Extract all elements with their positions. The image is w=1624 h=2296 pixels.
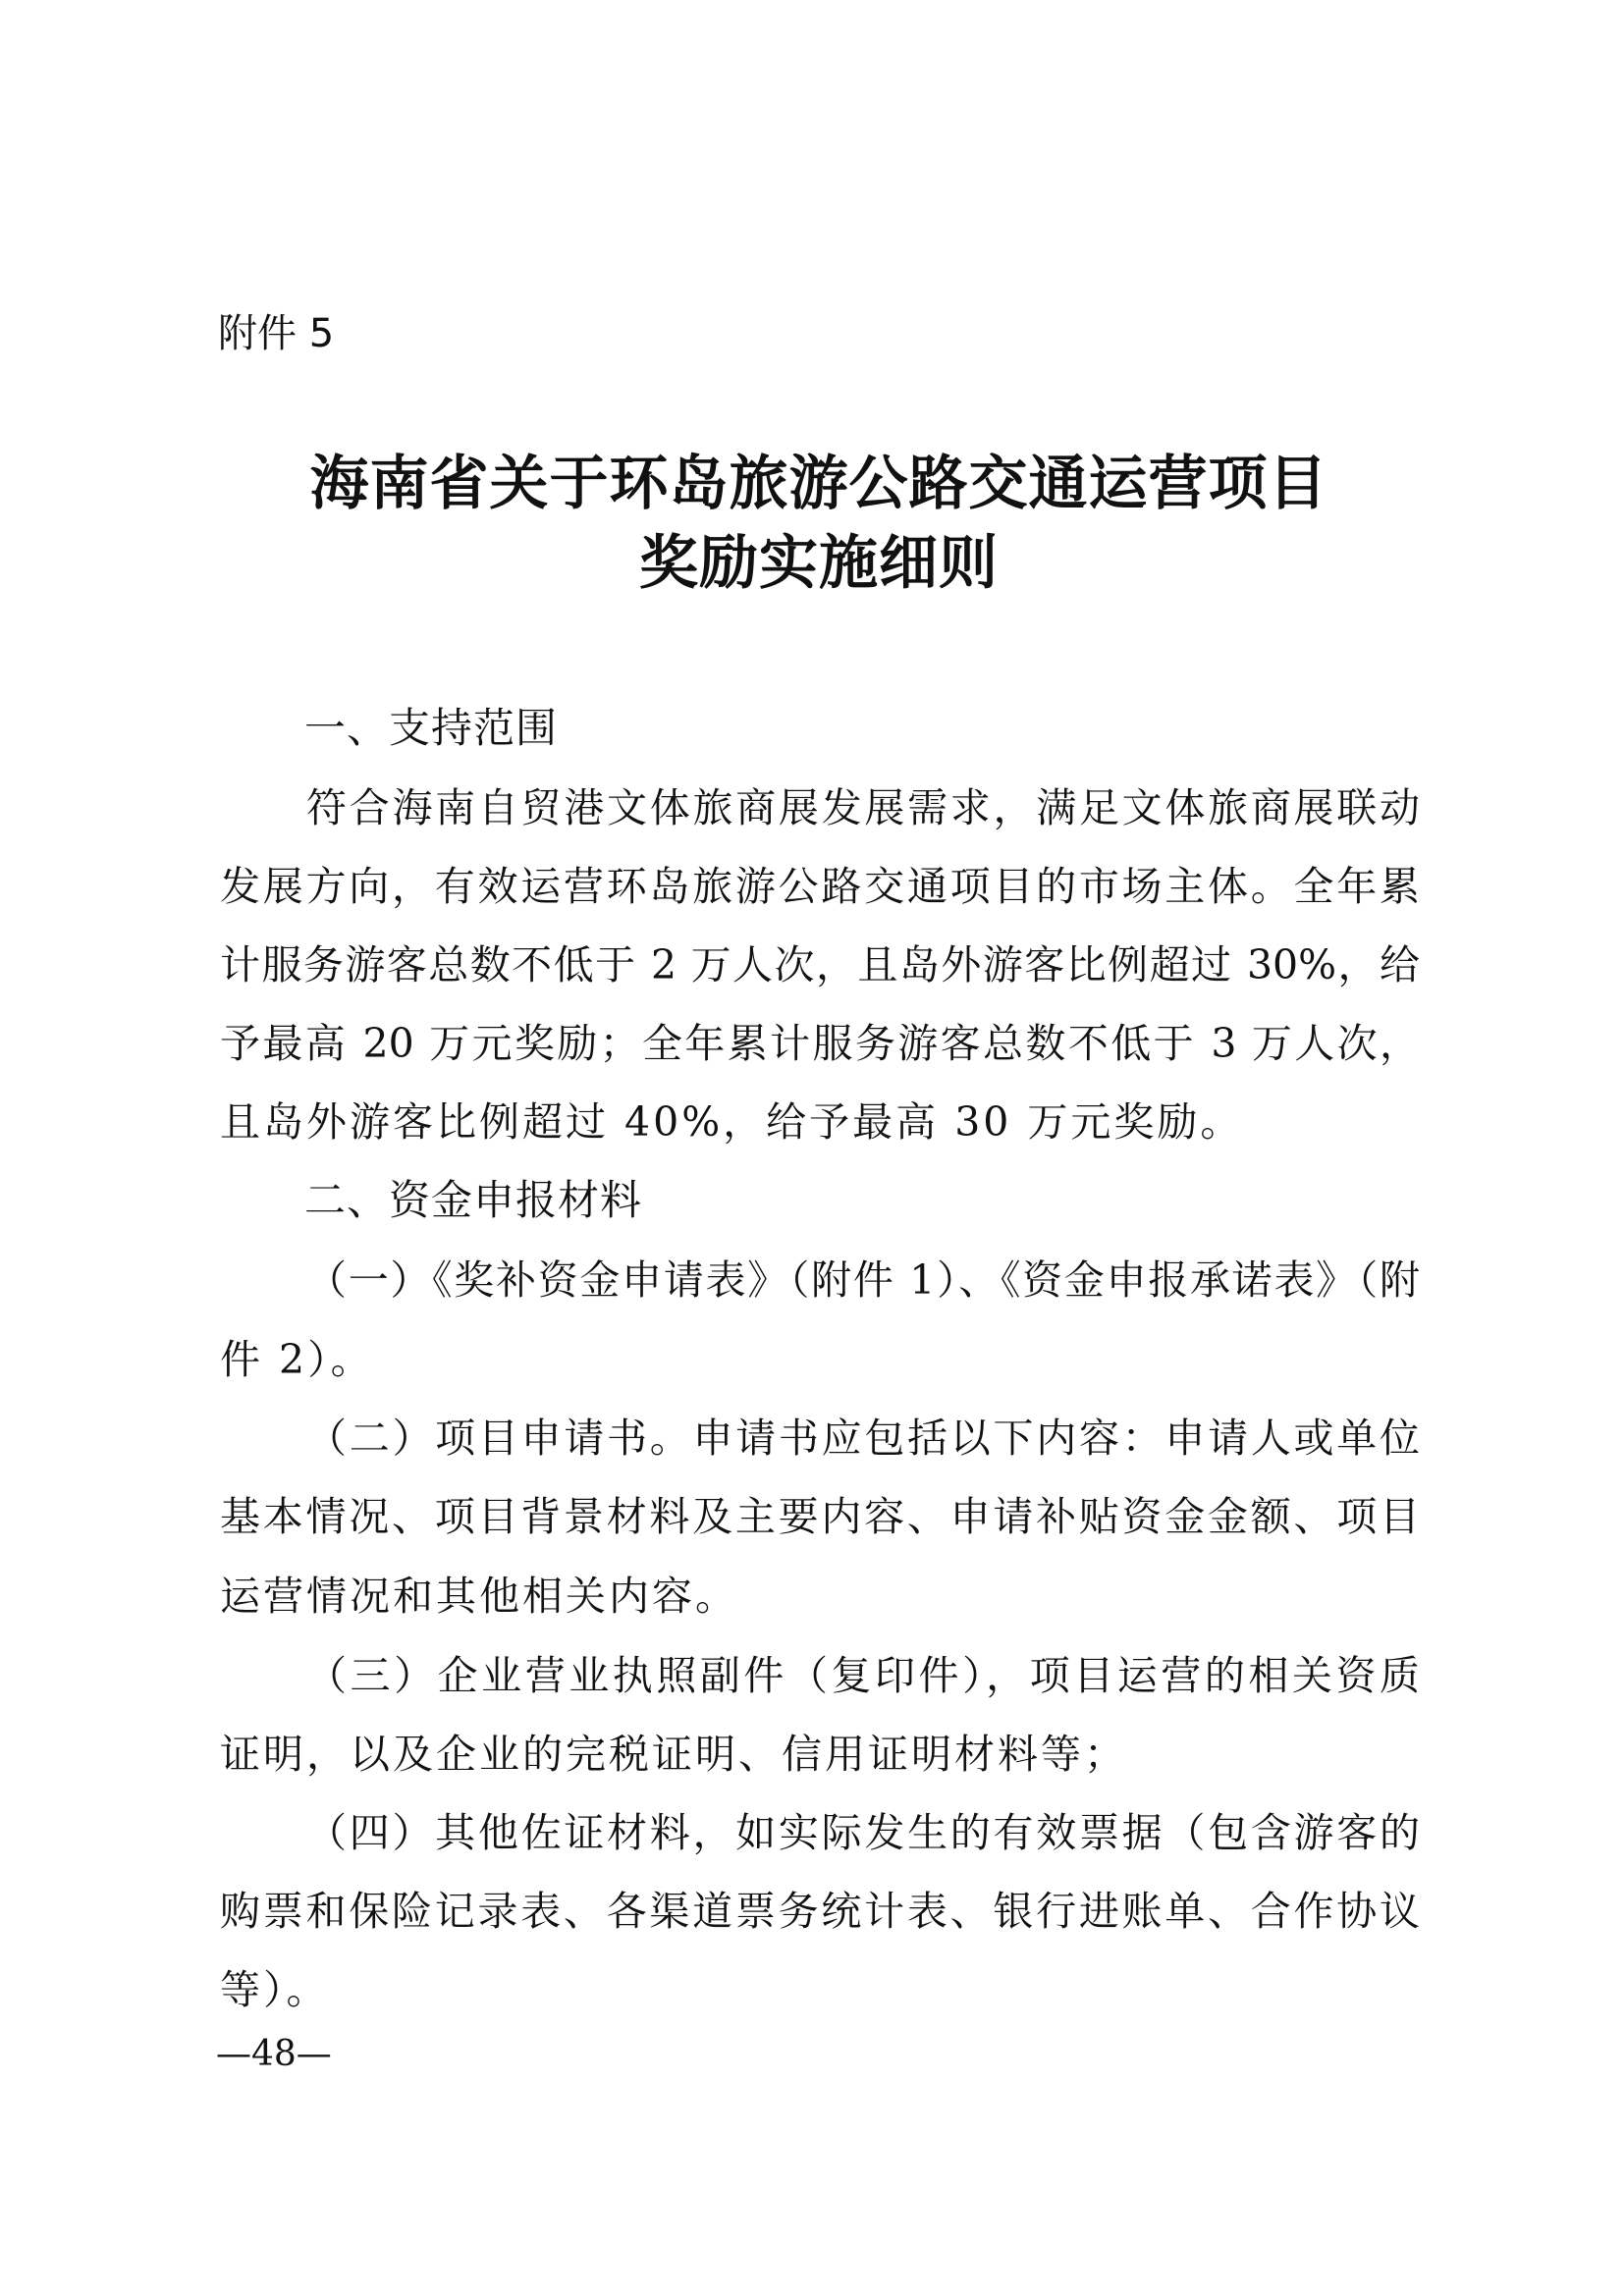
paragraph-line: 证明，以及企业的完税证明、信用证明材料等；: [220, 1727, 1420, 1782]
attachment-label: 附件 5: [218, 308, 334, 359]
paragraph-line: 购票和保险记录表、各渠道票务统计表、银行进账单、合作协议: [220, 1884, 1420, 1939]
document-title-line-1: 海南省关于环岛旅游公路交通运营项目: [0, 450, 1624, 518]
paragraph-line: 运营情况和其他相关内容。: [220, 1569, 1420, 1624]
paragraph-line: （三）企业营业执照副件（复印件），项目运营的相关资质: [306, 1648, 1420, 1703]
document-title-line-2: 奖励实施细则: [0, 529, 1624, 598]
paragraph-line: （一）《奖补资金申请表》（附件 1）、《资金申报承诺表》（附: [306, 1253, 1420, 1308]
paragraph-line: （二）项目申请书。申请书应包括以下内容：申请人或单位: [306, 1411, 1420, 1466]
paragraph-line: 计服务游客总数不低于 2 万人次，且岛外游客比例超过 30%，给: [220, 937, 1420, 992]
section-heading-support-scope: 一、支持范围: [304, 701, 558, 756]
paragraph-line: 基本情况、项目背景材料及主要内容、申请补贴资金金额、项目: [220, 1489, 1420, 1544]
section-heading-funding-materials: 二、资金申报材料: [304, 1173, 642, 1228]
paragraph-line: 件 2）。: [220, 1332, 1420, 1387]
document-page: 附件 5 海南省关于环岛旅游公路交通运营项目 奖励实施细则 一、支持范围 符合海…: [0, 0, 1624, 2296]
paragraph-line: 发展方向，有效运营环岛旅游公路交通项目的市场主体。全年累: [220, 859, 1420, 914]
page-number: —48—: [216, 2030, 332, 2079]
paragraph-line: 等）。: [220, 1962, 1420, 2017]
paragraph-line: 予最高 20 万元奖励；全年累计服务游客总数不低于 3 万人次，: [220, 1016, 1420, 1071]
paragraph-line: （四）其他佐证材料，如实际发生的有效票据（包含游客的: [306, 1805, 1420, 1860]
paragraph-line: 符合海南自贸港文体旅商展发展需求，满足文体旅商展联动: [306, 780, 1420, 835]
paragraph-line: 且岛外游客比例超过 40%，给予最高 30 万元奖励。: [220, 1095, 1420, 1149]
